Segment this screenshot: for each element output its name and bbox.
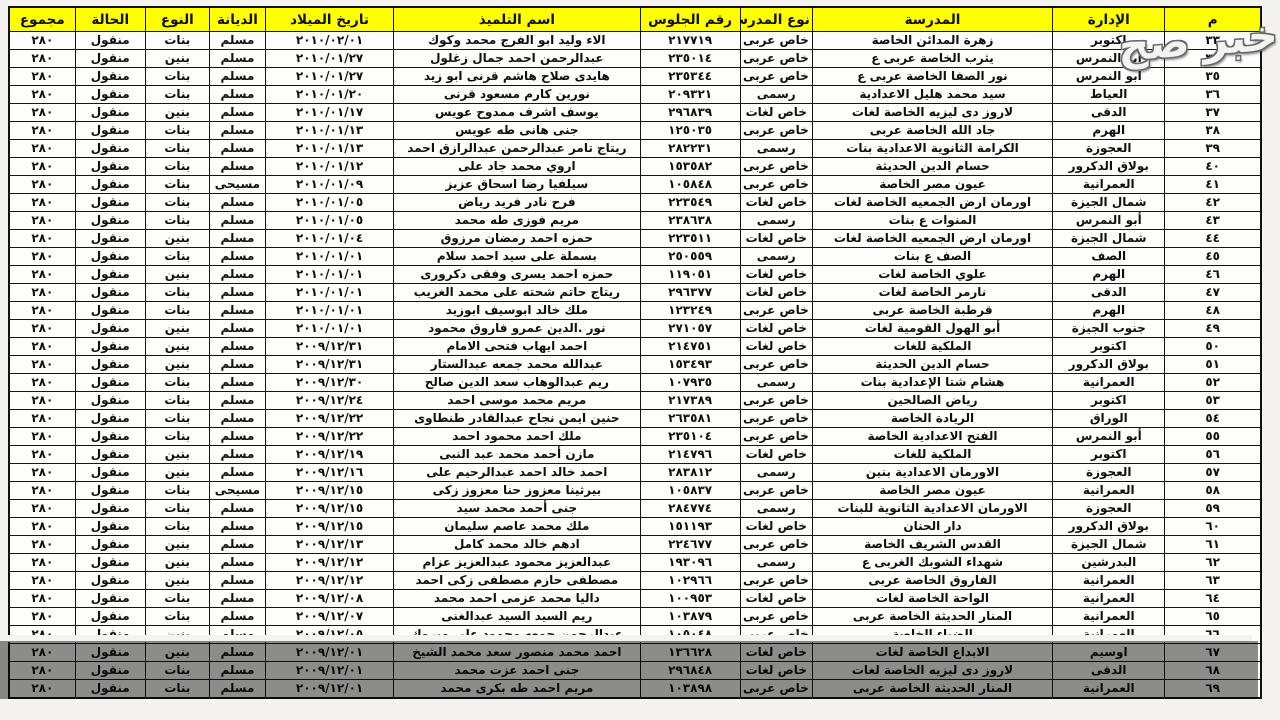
cell-religion: مسلم [209,86,265,104]
cell-religion: مسلم [209,50,265,68]
cell-dob: ٢٠١٠/٠١/٠٩ [265,176,393,194]
cell-gender: بنين [145,554,209,572]
cell-school: الاورمان الاعدادية بنين [812,464,1052,482]
table-row: ٥١بولاق الدكرورحسام الدين الحديثةخاص عرب… [9,356,1261,374]
cell-status: منقول [75,482,145,500]
cell-gender: بنات [145,194,209,212]
cell-religion: مسلم [209,410,265,428]
cell-total: ٢٨٠ [9,230,75,248]
cell-school: الملكية للغات [812,446,1052,464]
cell-seat: ١٥١١٩٣ [640,518,740,536]
cell-stype: خاص لغات [740,320,812,338]
cell-school: حسام الدين الحديثة [812,158,1052,176]
cell-admin: العمرانية [1053,608,1165,626]
cell-name: سيلفيا رضا اسحاق عزيز [394,176,640,194]
cell-dob: ٢٠٠٩/١٢/٣١ [265,356,393,374]
table-row: ٤٤شمال الجيزةاورمان ارض الجمعيه الخاصة ل… [9,230,1261,248]
cell-religion: مسلم [209,428,265,446]
cell-religion: مسلم [209,464,265,482]
cell-admin: أبو النمرس [1053,68,1165,86]
table-row: ٤٦الهرمعلوي الخاصة لغاتخاص لغات١١٩٠٥١حمز… [9,266,1261,284]
cell-school: الاورمان الاعدادية الثانوية للبنات [812,500,1052,518]
col-header-birth-date: تاريخ الميلاد [265,7,393,32]
cell-admin: الدقى [1053,284,1165,302]
cell-seat: ٢٢٤٦٧٧ [640,536,740,554]
cell-stype: خاص عربى [740,356,812,374]
cell-religion: مسلم [209,572,265,590]
cell-stype: رسمى [740,500,812,518]
cell-status: منقول [75,68,145,86]
cell-total: ٢٨٠ [9,554,75,572]
table-row: ٥٧العجوزةالاورمان الاعدادية بنينرسمى٢٨٣٨… [9,464,1261,482]
cell-religion: مسلم [209,284,265,302]
cell-religion: مسلم [209,536,265,554]
cell-stype: رسمى [740,86,812,104]
cell-religion: مسلم [209,590,265,608]
table-row: ٥٢العمرانيةهشام شتا الإعدادية بناترسمى١٠… [9,374,1261,392]
table-row: ٦٤العمرانيةالواحة الخاصة لغاتخاص لغات١٠٠… [9,590,1261,608]
cell-dob: ٢٠١٠/٠١/٠١ [265,320,393,338]
cell-school: المنوات ع بنات [812,212,1052,230]
cell-gender: بنين [145,320,209,338]
cell-serial: ٤٩ [1165,320,1261,338]
cell-seat: ١٠٢٩٦٦ [640,572,740,590]
cell-name: عبدالعزيز محمود عبدالعزيز عزام [394,554,640,572]
cell-total: ٢٨٠ [9,194,75,212]
cell-stype: خاص لغات [740,518,812,536]
cell-admin: العمرانية [1053,374,1165,392]
cell-seat: ٢٩٦٣٧٧ [640,284,740,302]
cell-school: الصف ع بنات [812,248,1052,266]
table-row: ٥٨العمرانيةعيون مصر الخاصةخاص عربى١٠٥٨٣٧… [9,482,1261,500]
cell-status: منقول [75,302,145,320]
cell-serial: ٣٧ [1165,104,1261,122]
cell-status: منقول [75,500,145,518]
cell-seat: ٢١٤٧٩٦ [640,446,740,464]
cell-total: ٢٨٠ [9,176,75,194]
cell-seat: ١٥٣٥٨٢ [640,158,740,176]
cell-total: ٢٨٠ [9,212,75,230]
cell-seat: ٢٣٥٣٤٤ [640,68,740,86]
cell-admin: العمرانية [1053,176,1165,194]
cell-total: ٢٨٠ [9,50,75,68]
cell-name: ملك احمد محمود احمد [394,428,640,446]
cell-admin: العجوزة [1053,464,1165,482]
cell-status: منقول [75,374,145,392]
col-header-gender: النوع [145,7,209,32]
cell-status: منقول [75,356,145,374]
cell-seat: ١٠٣٨٧٩ [640,608,740,626]
cell-religion: مسلم [209,158,265,176]
cell-name: احمد ايهاب فتحى الامام [394,338,640,356]
cell-gender: بنات [145,122,209,140]
cell-religion: مسلم [209,104,265,122]
cell-dob: ٢٠١٠/٠١/٠١ [265,266,393,284]
cell-name: مريم فوزى طه محمد [394,212,640,230]
cell-religion: مسلم [209,212,265,230]
cell-seat: ٢٣٨٦٣٨ [640,212,740,230]
cell-serial: ٦١ [1165,536,1261,554]
cell-name: عبدالرحمن احمد جمال زغلول [394,50,640,68]
col-header-school-type: نوع المدرسة [740,7,812,32]
cell-seat: ٢٢٣٥١١ [640,230,740,248]
cell-dob: ٢٠٠٩/١٢/١٥ [265,500,393,518]
cell-gender: بنات [145,176,209,194]
cell-dob: ٢٠٠٩/١٢/٠٨ [265,590,393,608]
cell-status: منقول [75,554,145,572]
cell-serial: ٥٧ [1165,464,1261,482]
cell-school: شهداء الشوبك الغربى ع [812,554,1052,572]
cell-total: ٢٨٠ [9,518,75,536]
cell-stype: خاص لغات [740,590,812,608]
cell-gender: بنات [145,140,209,158]
cell-status: منقول [75,248,145,266]
cell-total: ٢٨٠ [9,122,75,140]
cell-dob: ٢٠٠٩/١٢/٢٢ [265,428,393,446]
table-row: ٥٠اكتوبرالملكية للغاتخاص لغات٢١٤٧٥١احمد … [9,338,1261,356]
cell-school: علوي الخاصة لغات [812,266,1052,284]
cell-seat: ٢٨٣٨١٢ [640,464,740,482]
cell-total: ٢٨٠ [9,500,75,518]
cell-stype: رسمى [740,248,812,266]
cell-serial: ٤٢ [1165,194,1261,212]
cell-seat: ١٢٣٢٤٩ [640,302,740,320]
cell-religion: مسلم [209,518,265,536]
cell-total: ٢٨٠ [9,446,75,464]
cell-religion: مسلم [209,392,265,410]
cell-dob: ٢٠٠٩/١٢/٢٤ [265,392,393,410]
cell-serial: ٦٣ [1165,572,1261,590]
cell-total: ٢٨٠ [9,266,75,284]
cell-school: عيون مصر الخاصة [812,176,1052,194]
table-row: ٤٥الصفالصف ع بناترسمى٢٥٠٥٥٩بسملة على سيد… [9,248,1261,266]
cell-religion: مسيحى [209,482,265,500]
cell-seat: ٢٨٢٢٣١ [640,140,740,158]
cell-status: منقول [75,572,145,590]
cell-serial: ٥٠ [1165,338,1261,356]
cell-dob: ٢٠٠٩/١٢/٠٧ [265,608,393,626]
cell-admin: اكتوبر [1053,446,1165,464]
cell-gender: بنين [145,356,209,374]
cell-seat: ٢٦٣٥٨١ [640,410,740,428]
cell-admin: الهرم [1053,302,1165,320]
cell-status: منقول [75,194,145,212]
cell-admin: الهرم [1053,122,1165,140]
cell-stype: خاص عربى [740,50,812,68]
cell-serial: ٤٨ [1165,302,1261,320]
cell-status: منقول [75,536,145,554]
cell-dob: ٢٠٠٩/١٢/١٢ [265,554,393,572]
students-table: م الإدارة المدرسة نوع المدرسة رقم الجلوس… [8,6,1262,699]
cell-stype: خاص عربى [740,158,812,176]
cell-total: ٢٨٠ [9,410,75,428]
cell-status: منقول [75,158,145,176]
cell-school: أبو الهول القومية لغات [812,320,1052,338]
cell-name: داليا محمد عزمى احمد محمد [394,590,640,608]
cell-gender: بنات [145,392,209,410]
cell-school: القدس الشريف الخاصة [812,536,1052,554]
cell-name: ريم السيد السيد عبدالغنى [394,608,640,626]
cell-stype: خاص لغات [740,230,812,248]
cell-dob: ٢٠١٠/٠١/٠٥ [265,212,393,230]
table-row: ٣٧الدقىلاروز دى ليزيه الخاصة لغاتخاص لغا… [9,104,1261,122]
cell-school: قرطبة الخاصة عربى [812,302,1052,320]
table-row: ٤٩جنوب الجيزةأبو الهول القومية لغاتخاص ل… [9,320,1261,338]
cell-stype: رسمى [740,374,812,392]
cell-gender: بنات [145,212,209,230]
cell-name: ريتاج حاتم شحته على محمد الغريب [394,284,640,302]
cell-name: جنى هانى طه عويس [394,122,640,140]
cell-stype: خاص عربى [740,428,812,446]
cell-name: بسملة على سيد احمد سلام [394,248,640,266]
cell-admin: شمال الجيزة [1053,230,1165,248]
cell-gender: بنين [145,464,209,482]
col-header-religion: الديانة [209,7,265,32]
cell-admin: الصف [1053,248,1165,266]
cell-school: نارمر الخاصة لغات [812,284,1052,302]
cell-serial: ٥٢ [1165,374,1261,392]
cell-name: الاء وليد ابو الفرج محمد وكوك [394,32,640,50]
cell-dob: ٢٠١٠/٠١/١٢ [265,158,393,176]
cell-gender: بنات [145,410,209,428]
table-row: ٣٩العجوزةالكرامة الثانوية الاعدادية بنات… [9,140,1261,158]
cell-school: اورمان ارض الجمعيه الخاصة لغات [812,230,1052,248]
table-row: ٦٥العمرانيةالمنار الحديثة الخاصة عربىخاص… [9,608,1261,626]
cell-name: حمزه احمد رمضان مرزوق [394,230,640,248]
table-row: ٤٨الهرمقرطبة الخاصة عربىخاص عربى١٢٣٢٤٩مل… [9,302,1261,320]
cell-serial: ٣٥ [1165,68,1261,86]
cell-gender: بنات [145,428,209,446]
cell-admin: اكتوبر [1053,338,1165,356]
cell-serial: ٥٤ [1165,410,1261,428]
cell-religion: مسلم [209,122,265,140]
cell-admin: الوراق [1053,410,1165,428]
cell-school: الريادة الخاصة [812,410,1052,428]
cell-admin: أبو النمرس [1053,212,1165,230]
cell-serial: ٦٢ [1165,554,1261,572]
table-row: ٦٣العمرانيةالفاروق الخاصة عربىخاص عربى١٠… [9,572,1261,590]
cell-name: هايدى صلاح هاشم قرنى ابو زيد [394,68,640,86]
cell-status: منقول [75,410,145,428]
cell-religion: مسلم [209,68,265,86]
cell-gender: بنات [145,284,209,302]
cell-gender: بنات [145,32,209,50]
cell-seat: ٢١٧٣٨٩ [640,392,740,410]
cell-name: مصطفى حازم مصطفى زكى احمد [394,572,640,590]
cell-seat: ٢٣٥١٠٤ [640,428,740,446]
cell-total: ٢٨٠ [9,284,75,302]
cell-status: منقول [75,464,145,482]
col-header-seat-number: رقم الجلوس [640,7,740,32]
cell-stype: خاص عربى [740,32,812,50]
cell-admin: شمال الجيزة [1053,194,1165,212]
cell-gender: بنات [145,590,209,608]
cell-status: منقول [75,320,145,338]
cell-religion: مسلم [209,446,265,464]
cell-admin: العياط [1053,86,1165,104]
cell-school: زهرة المدائن الخاصة [812,32,1052,50]
cell-dob: ٢٠١٠/٠١/٢٧ [265,68,393,86]
cell-name: بيرثينا معزوز حنا معزوز زكى [394,482,640,500]
cell-school: لاروز دى ليزيه الخاصة لغات [812,104,1052,122]
cell-serial: ٣٨ [1165,122,1261,140]
cell-admin: العجوزة [1053,140,1165,158]
cell-stype: خاص عربى [740,302,812,320]
cell-status: منقول [75,122,145,140]
cell-dob: ٢٠٠٩/١٢/٣١ [265,338,393,356]
cell-serial: ٤١ [1165,176,1261,194]
cell-serial: ٤٥ [1165,248,1261,266]
cell-dob: ٢٠٠٩/١٢/٣٠ [265,374,393,392]
cell-gender: بنين [145,536,209,554]
cell-dob: ٢٠١٠/٠١/١٣ [265,140,393,158]
cell-name: ملك محمد عاصم سليمان [394,518,640,536]
cell-total: ٢٨٠ [9,86,75,104]
cell-stype: خاص لغات [740,104,812,122]
cell-name: نور .الدين عمرو فاروق محمود [394,320,640,338]
cell-serial: ٤٠ [1165,158,1261,176]
cell-admin: أبو النمرس [1053,428,1165,446]
cell-stype: خاص لغات [740,338,812,356]
cell-school: الواحة الخاصة لغات [812,590,1052,608]
cell-status: منقول [75,392,145,410]
students-table-wrap: م الإدارة المدرسة نوع المدرسة رقم الجلوس… [8,6,1262,699]
cell-name: عبدالله محمد جمعه عبدالستار [394,356,640,374]
cell-name: مازن أحمد محمد عبد النبى [394,446,640,464]
cell-status: منقول [75,50,145,68]
cell-total: ٢٨٠ [9,608,75,626]
cell-dob: ٢٠١٠/٠١/١٣ [265,122,393,140]
cell-seat: ٢١٤٧٥١ [640,338,740,356]
table-row: ٥٣اكتوبررياض الصالحينخاص عربى٢١٧٣٨٩مريم … [9,392,1261,410]
cell-seat: ٢٢٣٥٤٩ [640,194,740,212]
cell-status: منقول [75,338,145,356]
cell-total: ٢٨٠ [9,158,75,176]
cell-seat: ٢٨٤٧٧٤ [640,500,740,518]
cell-stype: خاص لغات [740,194,812,212]
cell-stype: خاص عربى [740,536,812,554]
table-row: ٣٦العياطسيد محمد هليل الاعداديةرسمى٢٠٩٣٢… [9,86,1261,104]
cell-dob: ٢٠٠٩/١٢/١٥ [265,482,393,500]
cell-stype: خاص عربى [740,122,812,140]
cell-status: منقول [75,608,145,626]
table-row: ٦١شمال الجيزةالقدس الشريف الخاصةخاص عربى… [9,536,1261,554]
cell-name: جنى أحمد محمد سيد [394,500,640,518]
cell-stype: رسمى [740,140,812,158]
cell-total: ٢٨٠ [9,392,75,410]
cell-serial: ٤٦ [1165,266,1261,284]
cell-serial: ٥٣ [1165,392,1261,410]
cell-gender: بنات [145,482,209,500]
cell-stype: خاص لغات [740,446,812,464]
cell-admin: العمرانية [1053,482,1165,500]
cell-school: الملكية للغات [812,338,1052,356]
cell-religion: مسيحى [209,176,265,194]
cell-status: منقول [75,590,145,608]
cell-admin: بولاق الدكرور [1053,356,1165,374]
table-row: ٦٢البدرشينشهداء الشوبك الغربى عرسمى١٩٣٠٩… [9,554,1261,572]
cell-school: نور الصفا الخاصة عربى ع [812,68,1052,86]
cell-religion: مسلم [209,248,265,266]
table-row: ٤٢شمال الجيزةاورمان ارض الجمعيه الخاصة ل… [9,194,1261,212]
cell-total: ٢٨٠ [9,572,75,590]
cell-admin: شمال الجيزة [1053,536,1165,554]
table-row: ٤٣أبو النمرسالمنوات ع بناترسمى٢٣٨٦٣٨مريم… [9,212,1261,230]
cell-religion: مسلم [209,338,265,356]
cell-serial: ٣٦ [1165,86,1261,104]
cell-school: دار الحنان [812,518,1052,536]
cell-name: مريم محمد موسى احمد [394,392,640,410]
table-row: ٥٦اكتوبرالملكية للغاتخاص لغات٢١٤٧٩٦مازن … [9,446,1261,464]
cell-school: هشام شتا الإعدادية بنات [812,374,1052,392]
cell-admin: العجوزة [1053,500,1165,518]
cell-seat: ٢١٧٧١٩ [640,32,740,50]
cell-serial: ٥٨ [1165,482,1261,500]
cell-gender: بنات [145,608,209,626]
cell-school: المنار الحديثة الخاصة عربى [812,608,1052,626]
cell-seat: ١٠٧٩٣٥ [640,374,740,392]
cell-dob: ٢٠١٠/٠١/١٧ [265,104,393,122]
cell-total: ٢٨٠ [9,428,75,446]
cell-total: ٢٨٠ [9,32,75,50]
table-row: ٦٠بولاق الدكروردار الحنانخاص لغات١٥١١٩٣م… [9,518,1261,536]
cell-name: حمزه احمد يسرى وفقى دكرورى [394,266,640,284]
table-row: ٥٩العجوزةالاورمان الاعدادية الثانوية للب… [9,500,1261,518]
cell-gender: بنات [145,518,209,536]
cell-admin: العمرانية [1053,590,1165,608]
cell-school: الكرامة الثانوية الاعدادية بنات [812,140,1052,158]
cell-name: فرح نادر فريد رياض [394,194,640,212]
cell-stype: خاص عربى [740,608,812,626]
cell-seat: ١٩٣٠٩٦ [640,554,740,572]
cell-admin: الهرم [1053,266,1165,284]
cell-religion: مسلم [209,608,265,626]
table-row: ٣٨الهرمجاد الله الخاصة عربىخاص عربى١٢٥٠٣… [9,122,1261,140]
cell-gender: بنين [145,572,209,590]
cell-stype: خاص عربى [740,410,812,428]
cell-status: منقول [75,212,145,230]
cell-serial: ٣٩ [1165,140,1261,158]
cell-gender: بنات [145,500,209,518]
cell-admin: العمرانية [1053,572,1165,590]
cell-serial: ٥٥ [1165,428,1261,446]
cell-status: منقول [75,104,145,122]
cell-religion: مسلم [209,32,265,50]
cell-stype: رسمى [740,212,812,230]
col-header-status: الحالة [75,7,145,32]
header-row: م الإدارة المدرسة نوع المدرسة رقم الجلوس… [9,7,1261,32]
cell-school: رياض الصالحين [812,392,1052,410]
cell-admin: اكتوبر [1053,392,1165,410]
cell-total: ٢٨٠ [9,464,75,482]
cell-admin: بولاق الدكرور [1053,158,1165,176]
cell-serial: ٦٠ [1165,518,1261,536]
cell-seat: ١١٩٠٥١ [640,266,740,284]
table-row: ٤٠بولاق الدكرورحسام الدين الحديثةخاص عرب… [9,158,1261,176]
cell-school: عيون مصر الخاصة [812,482,1052,500]
cell-total: ٢٨٠ [9,302,75,320]
cell-name: حنين ايمن نجاح عبدالقادر طنطاوى [394,410,640,428]
cell-school: اورمان ارض الجمعيه الخاصة لغات [812,194,1052,212]
cell-religion: مسلم [209,356,265,374]
cell-name: اروي محمد جاد على [394,158,640,176]
col-header-total: مجموع [9,7,75,32]
cell-gender: بنات [145,248,209,266]
cell-status: منقول [75,140,145,158]
cell-dob: ٢٠٠٩/١٢/١٦ [265,464,393,482]
table-row: ٣٤أبو النمرسيثرب الخاصة عربى عخاص عربى٢٣… [9,50,1261,68]
cell-stype: خاص عربى [740,572,812,590]
